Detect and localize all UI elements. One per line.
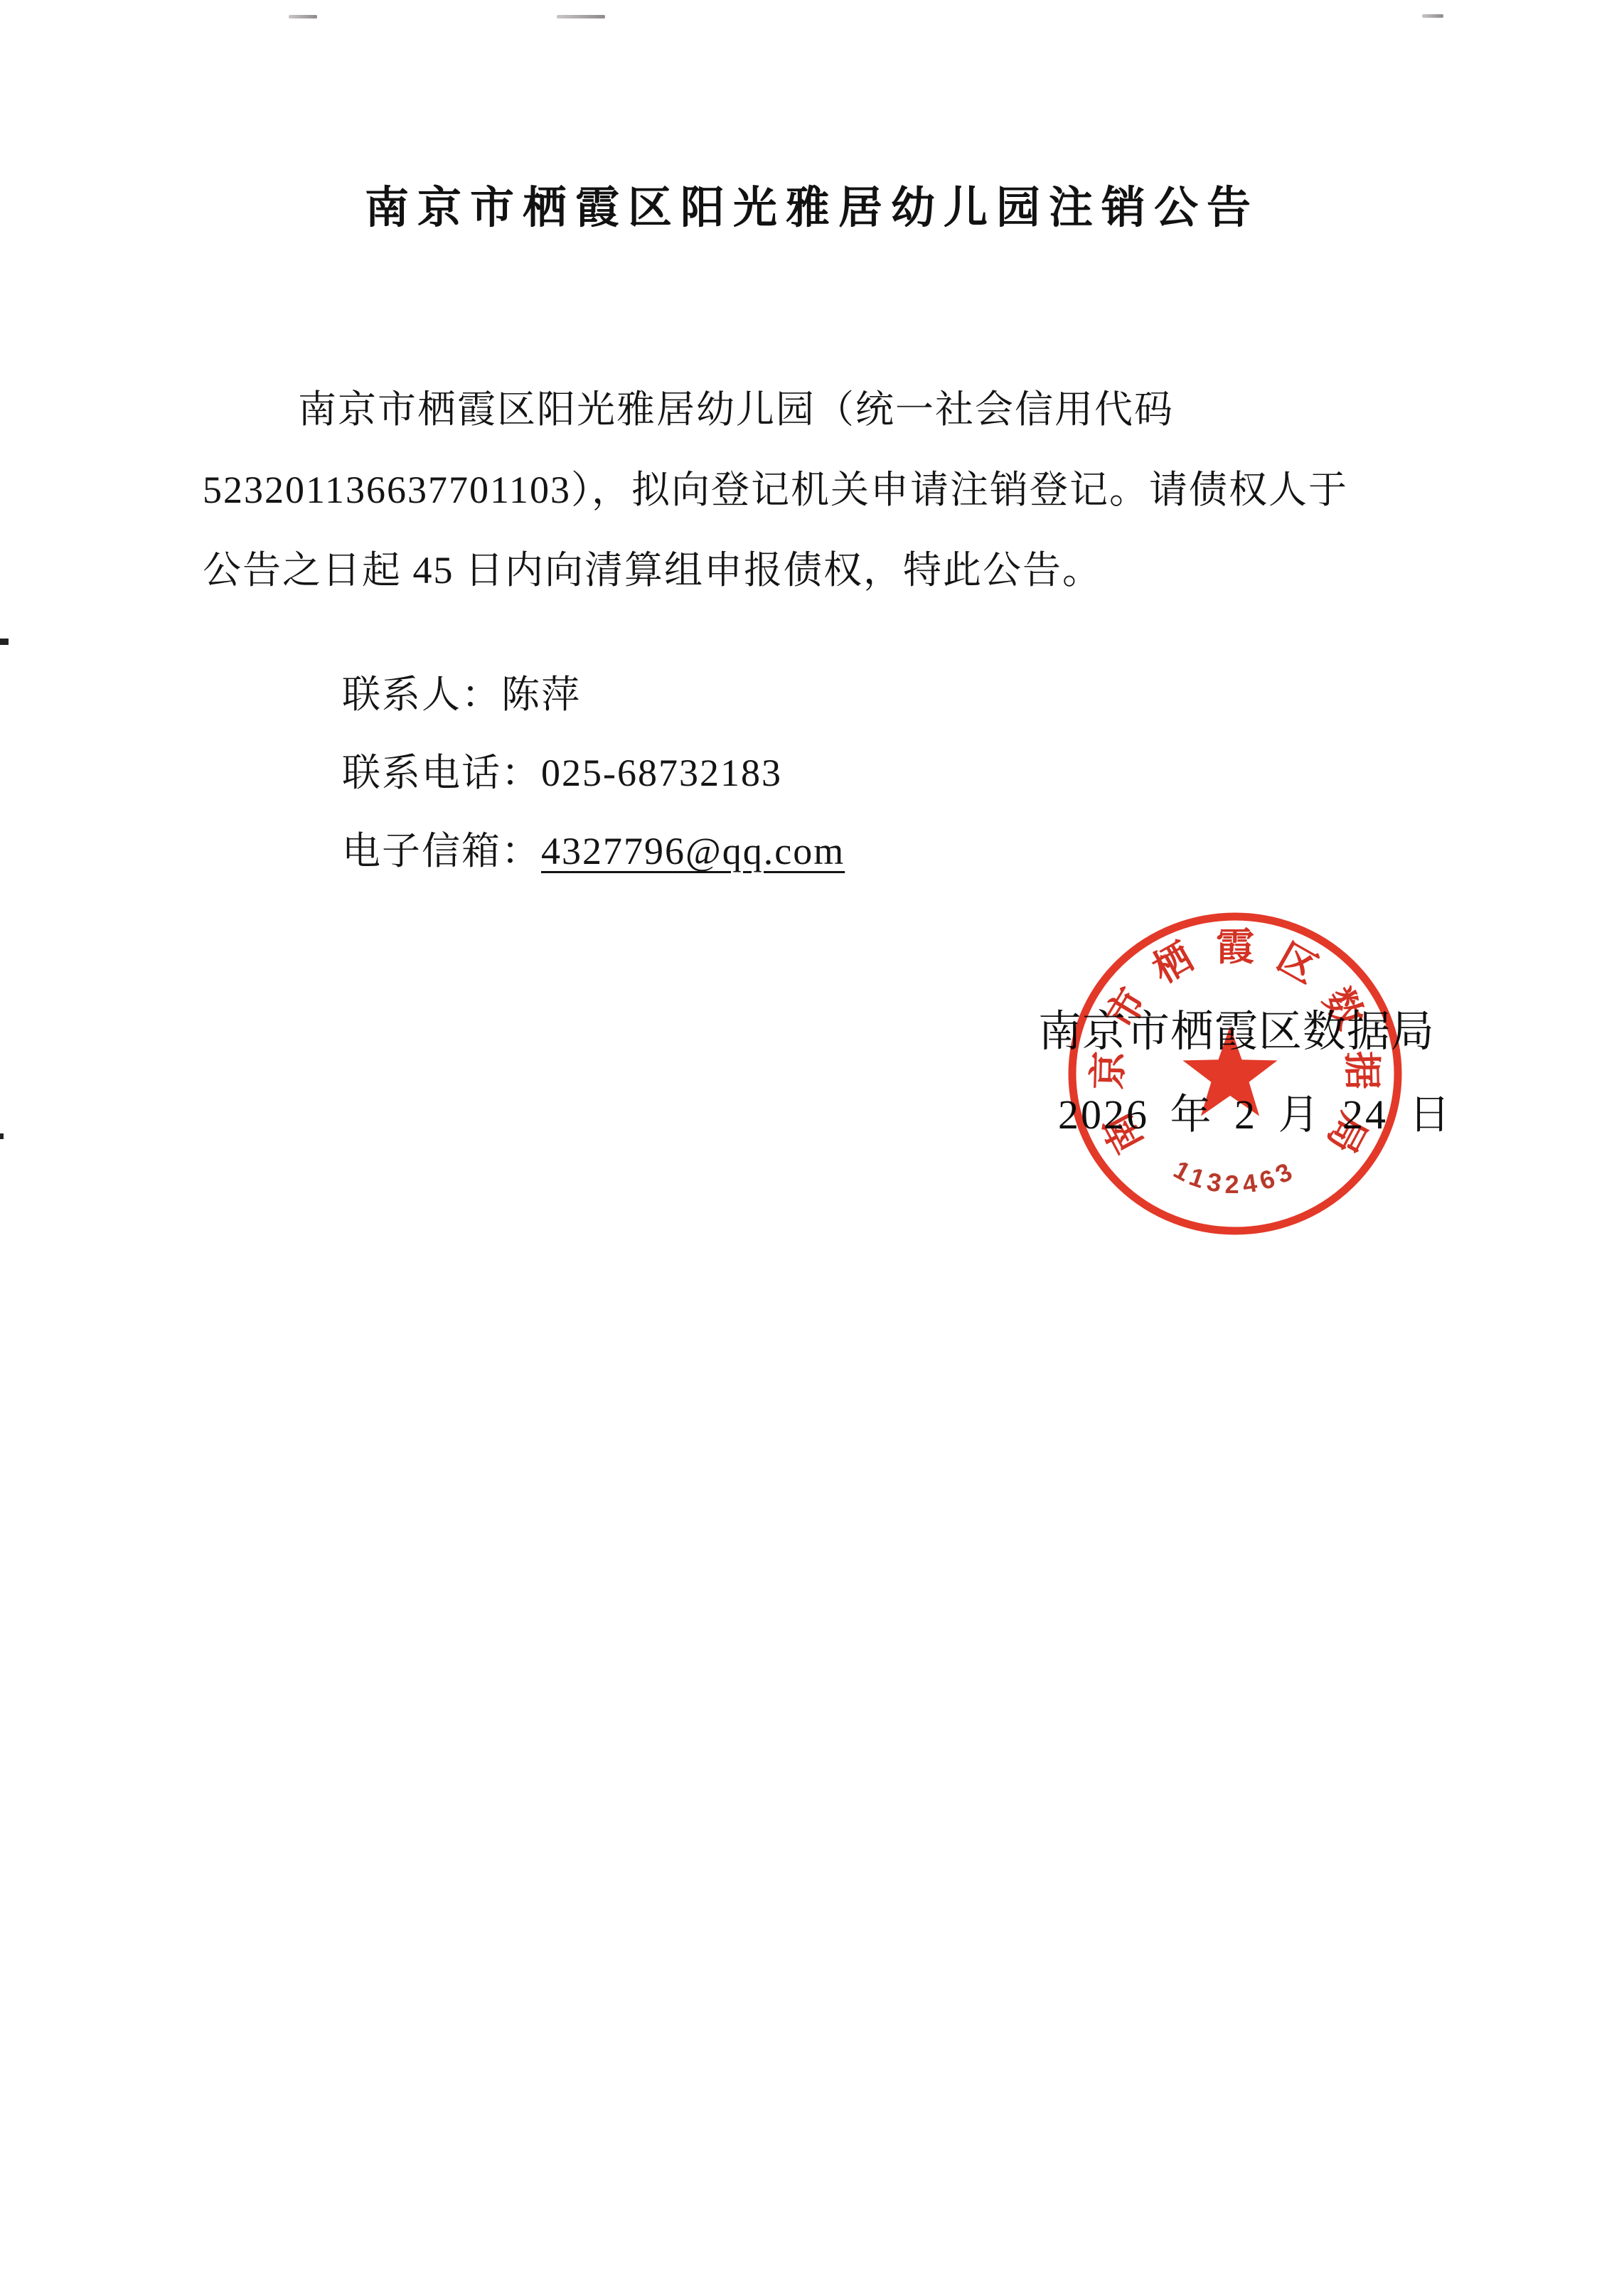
email-link[interactable]: 4327796@qq.com (541, 830, 845, 872)
scan-artifact (289, 15, 317, 18)
contact-email-label: 电子信箱： (342, 830, 541, 872)
page-title: 南京市栖霞区阳光雅居幼儿园注销公告 (0, 182, 1624, 235)
scan-artifact (0, 1133, 4, 1139)
seal-arc-char: 南 (1096, 1106, 1151, 1160)
scan-artifact (0, 639, 9, 645)
scanned-announcement-page: 南京市栖霞区阳光雅居幼儿园注销公告 南京市栖霞区阳光雅居幼儿园（统一社会信用代码… (0, 0, 1624, 2296)
scan-artifact (1422, 14, 1443, 18)
seal-arc-char: 据 (1340, 1051, 1383, 1091)
official-seal-stamp: 南 京 市 栖 霞 区 数 据 局 3201132463171 (1067, 909, 1404, 1243)
seal-arc-char: 市 (1099, 981, 1155, 1036)
seal-star-icon (1182, 1026, 1277, 1116)
contact-email-line: 电子信箱：4327796@qq.com (298, 781, 845, 922)
scan-artifact (557, 15, 605, 18)
seal-arc-char: 区 (1270, 936, 1325, 992)
seal-arc-char: 京 (1086, 1051, 1130, 1091)
body-paragraph-line-1: 南京市栖霞区阳光雅居幼儿园（统一社会信用代码 (203, 386, 1549, 433)
seal-arc-char: 局 (1319, 1106, 1374, 1160)
seal-arc-char: 数 (1315, 981, 1372, 1036)
seal-arc-char: 栖 (1145, 936, 1200, 992)
body-paragraph-line-2: 523201136637701103），拟向登记机关申请注销登记。请债权人于 (203, 466, 1454, 513)
body-paragraph-line-3: 公告之日起 45 日内向清算组申报债权，特此公告。 (203, 547, 1454, 594)
seal-arc-char: 霞 (1216, 926, 1254, 968)
